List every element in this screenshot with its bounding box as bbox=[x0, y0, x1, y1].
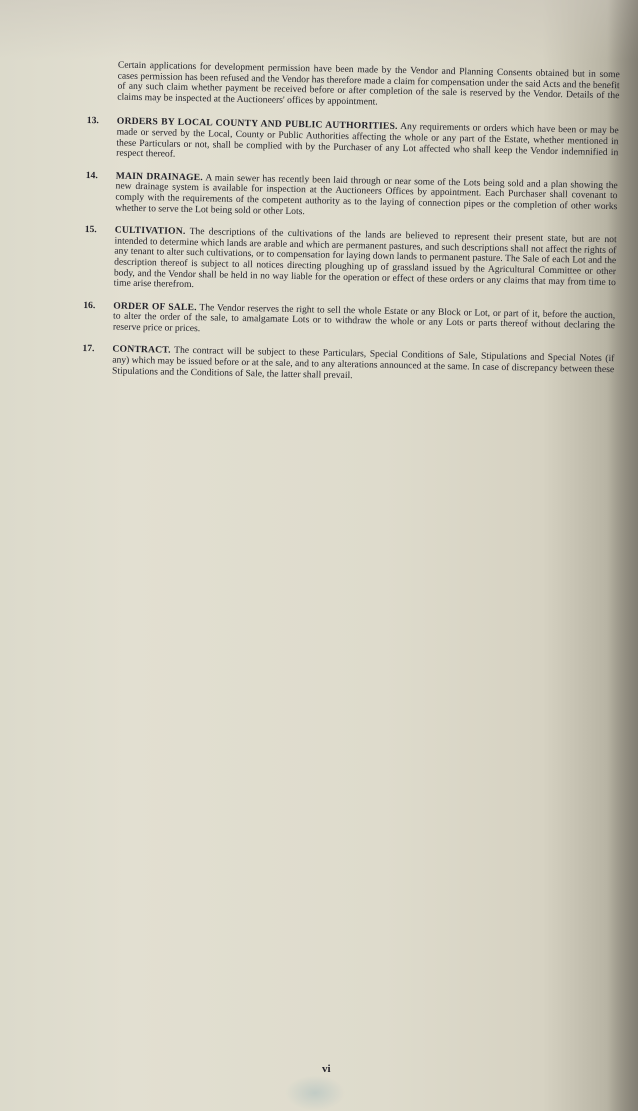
clause-number: 15. bbox=[84, 225, 115, 289]
clause-body: CONTRACT. The contract will be subject t… bbox=[112, 345, 615, 386]
clause-number: 16. bbox=[83, 301, 114, 333]
clause-body: CULTIVATION. The descriptions of the cul… bbox=[114, 226, 617, 299]
page-shadow-top bbox=[0, 0, 638, 60]
document-body: Certain applications for development per… bbox=[82, 60, 620, 398]
paper-smudge bbox=[285, 1075, 345, 1111]
clause-text: The contract will be subject to these Pa… bbox=[112, 345, 615, 381]
clause-body: ORDERS BY LOCAL COUNTY AND PUBLIC AUTHOR… bbox=[116, 117, 619, 169]
clause-15: 15. CULTIVATION. The descriptions of the… bbox=[84, 225, 617, 299]
clause-number: 17. bbox=[82, 344, 113, 376]
clause-13: 13. ORDERS BY LOCAL COUNTY AND PUBLIC AU… bbox=[86, 116, 619, 169]
page-number: vi bbox=[322, 1063, 331, 1075]
intro-paragraph: Certain applications for development per… bbox=[87, 60, 620, 113]
clause-body: MAIN DRAINAGE. A main sewer has recently… bbox=[115, 171, 618, 223]
clause-number: 13. bbox=[86, 116, 117, 159]
clause-16: 16. ORDER OF SALE. The Vendor reserves t… bbox=[83, 301, 616, 343]
clause-text: The descriptions of the cultivations of … bbox=[114, 226, 617, 290]
clause-14: 14. MAIN DRAINAGE. A main sewer has rece… bbox=[85, 171, 618, 224]
clause-number: 14. bbox=[85, 171, 116, 214]
clause-17: 17. CONTRACT. The contract will be subje… bbox=[82, 344, 615, 386]
clause-body: ORDER OF SALE. The Vendor reserves the r… bbox=[113, 301, 616, 342]
